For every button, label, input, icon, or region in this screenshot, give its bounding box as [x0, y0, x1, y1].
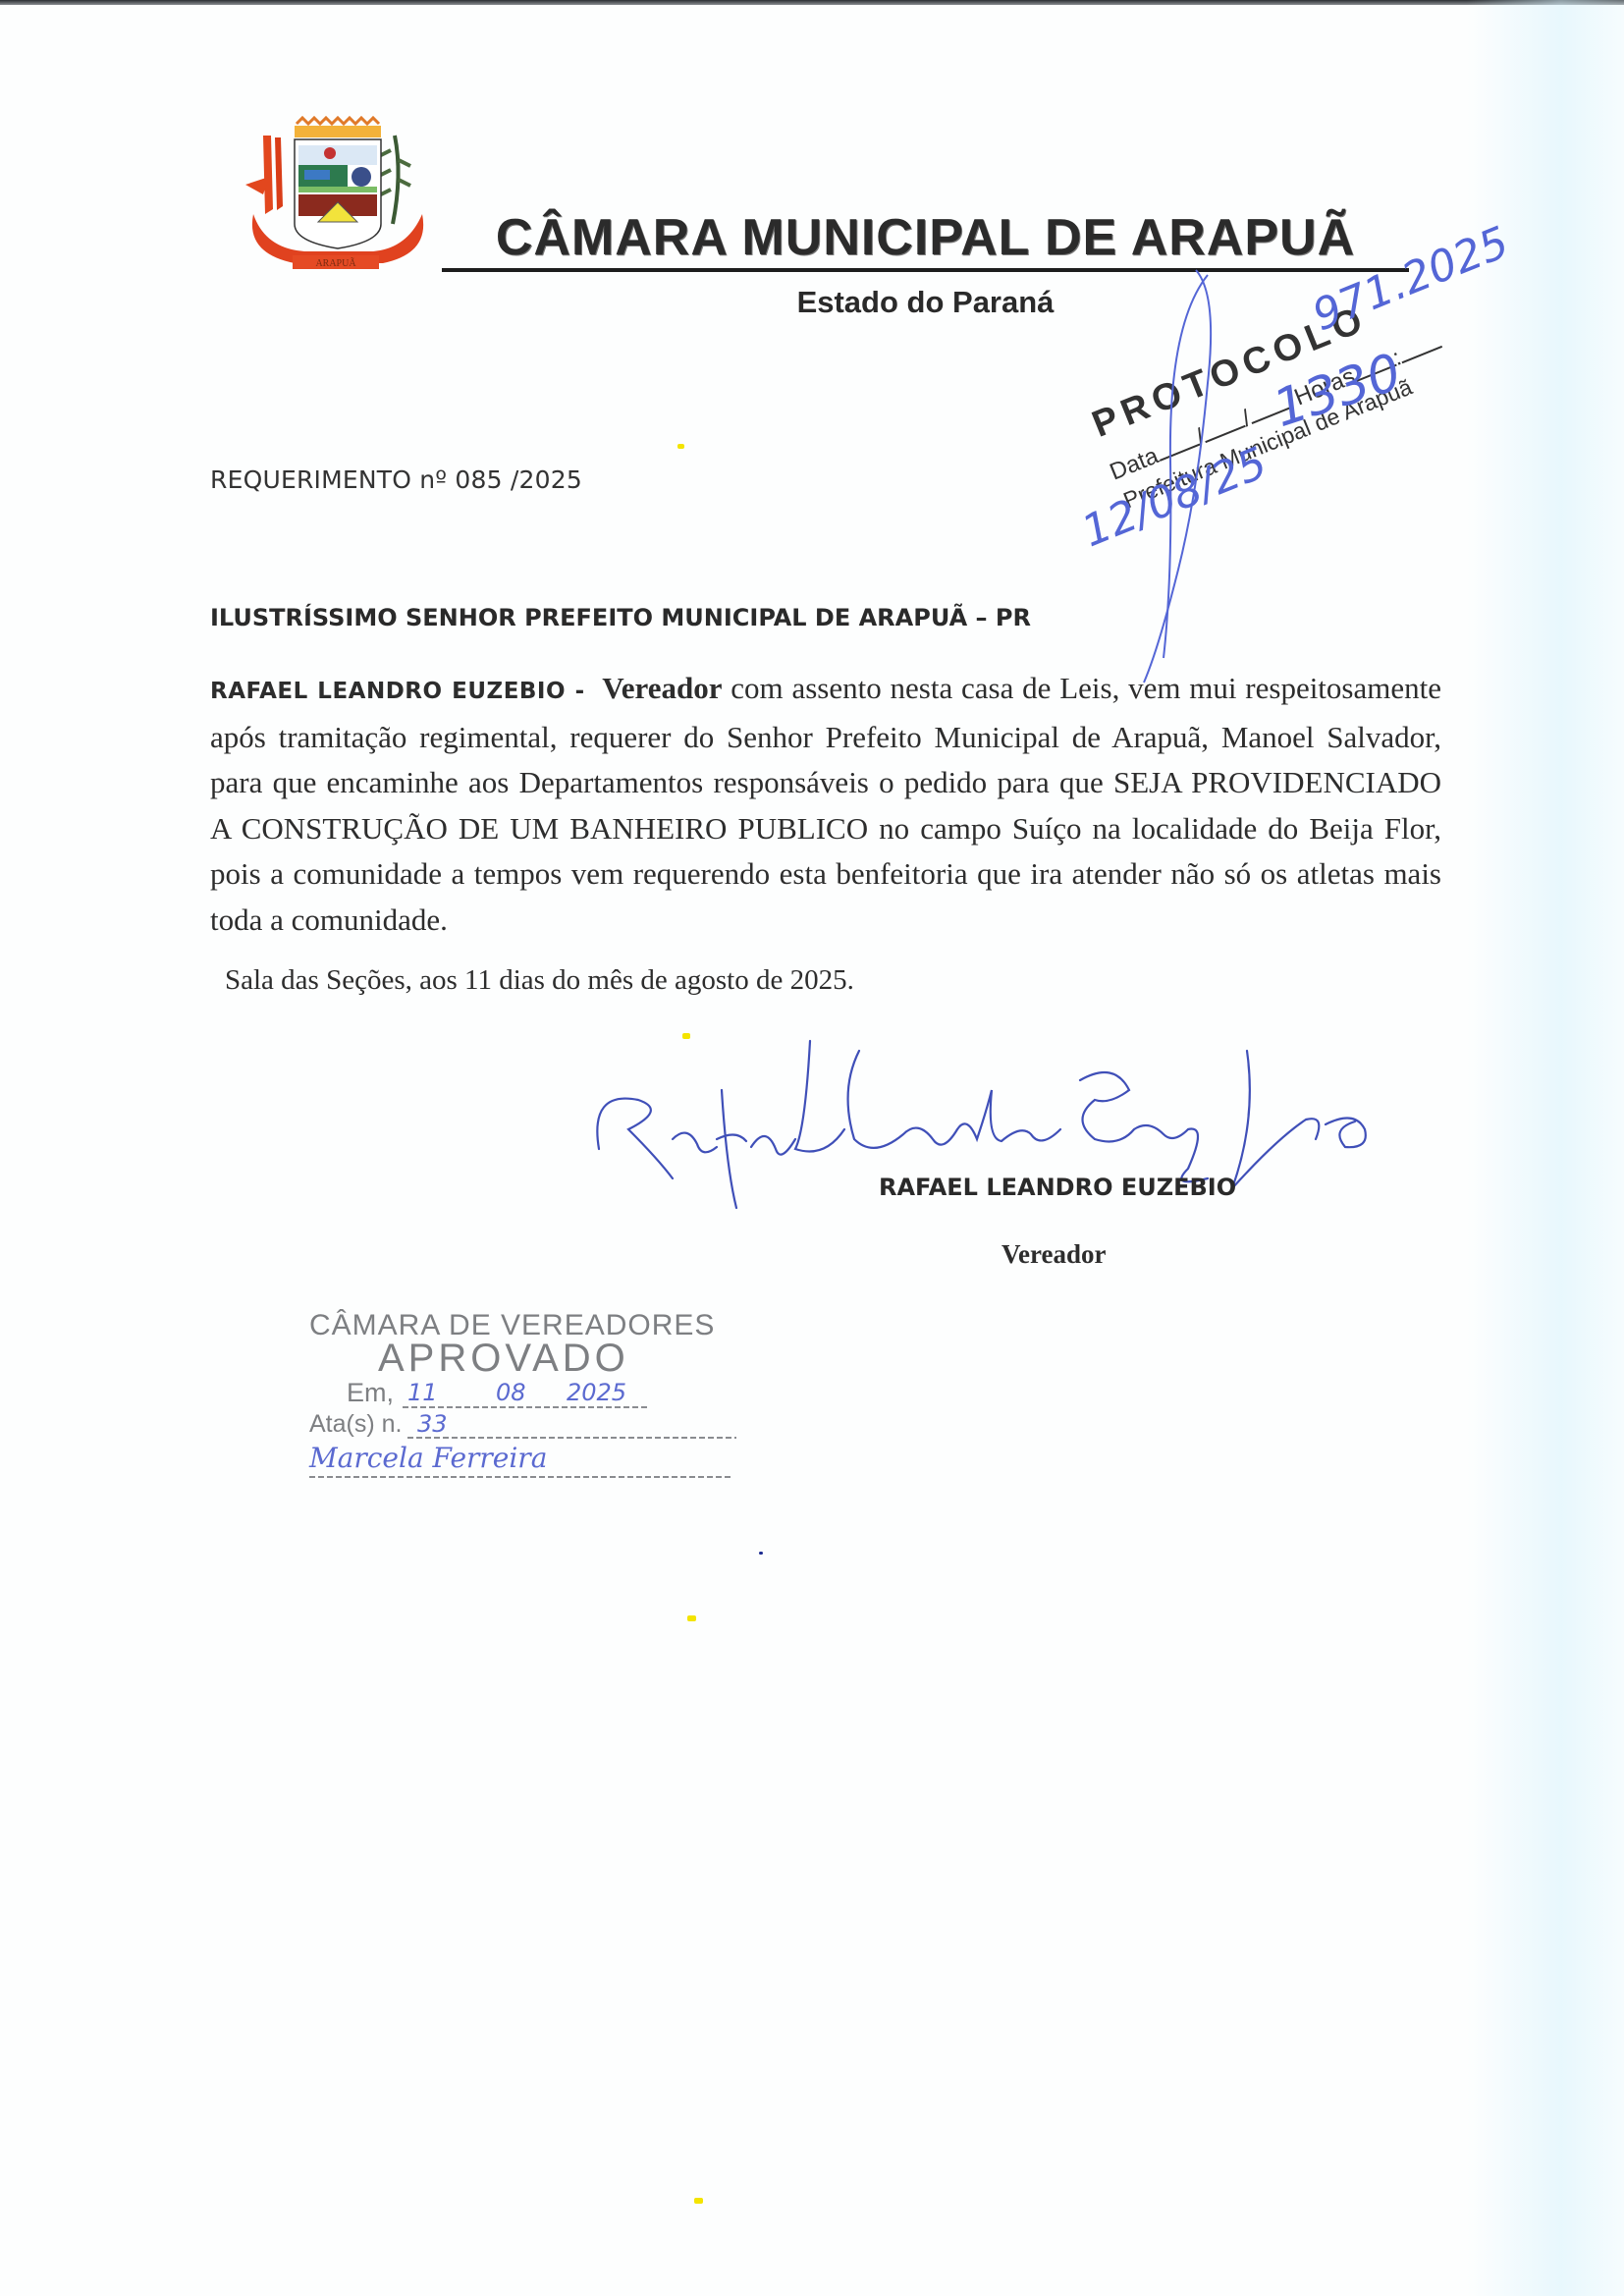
approval-minutes-underline [407, 1437, 736, 1439]
institution-title: CÂMARA MUNICIPAL DE ARAPUÃ [442, 208, 1409, 267]
scan-edge [0, 0, 1624, 5]
approval-minutes-number: 33 [417, 1410, 448, 1438]
scan-mark [677, 444, 684, 449]
scan-tint [1467, 0, 1624, 2296]
addressee: ILUSTRÍSSIMO SENHOR PREFEITO MUNICIPAL D… [210, 604, 1031, 631]
approval-month: 08 [496, 1379, 526, 1406]
approval-signature: Marcela Ferreira [309, 1442, 547, 1474]
author-name: RAFAEL LEANDRO EUZEBIO - [210, 679, 585, 704]
scan-mark [687, 1615, 696, 1621]
municipal-crest-icon: ARAPUÃ [236, 116, 437, 271]
request-body: RAFAEL LEANDRO EUZEBIO - Vereador com as… [210, 666, 1441, 943]
approval-date-label: Em, [347, 1378, 394, 1408]
signer-name: RAFAEL LEANDRO EUZEBIO [879, 1174, 1236, 1201]
svg-text:ARAPUÃ: ARAPUÃ [315, 257, 356, 269]
approval-signature-underline [309, 1476, 731, 1478]
signer-role: Vereador [1001, 1239, 1106, 1270]
scan-mark [694, 2198, 703, 2204]
closing-line: Sala das Seções, aos 11 dias do mês de a… [225, 964, 854, 997]
approval-status: APROVADO [378, 1337, 629, 1381]
approval-year: 2025 [567, 1379, 626, 1406]
scan-mark [682, 1033, 690, 1039]
scan-mark [759, 1552, 763, 1555]
title-underline [442, 268, 1409, 272]
approval-stamp: CÂMARA DE VEREADORES APROVADO Em, 11 08 … [299, 1304, 741, 1510]
request-text: com assento nesta casa de Leis, vem mui … [210, 671, 1441, 937]
author-role: Vereador [602, 671, 722, 705]
request-number: REQUERIMENTO nº 085 /2025 [210, 465, 582, 494]
approval-date-underline [403, 1406, 648, 1408]
approval-day: 11 [407, 1379, 438, 1406]
approval-minutes-label: Ata(s) n. [309, 1410, 402, 1439]
